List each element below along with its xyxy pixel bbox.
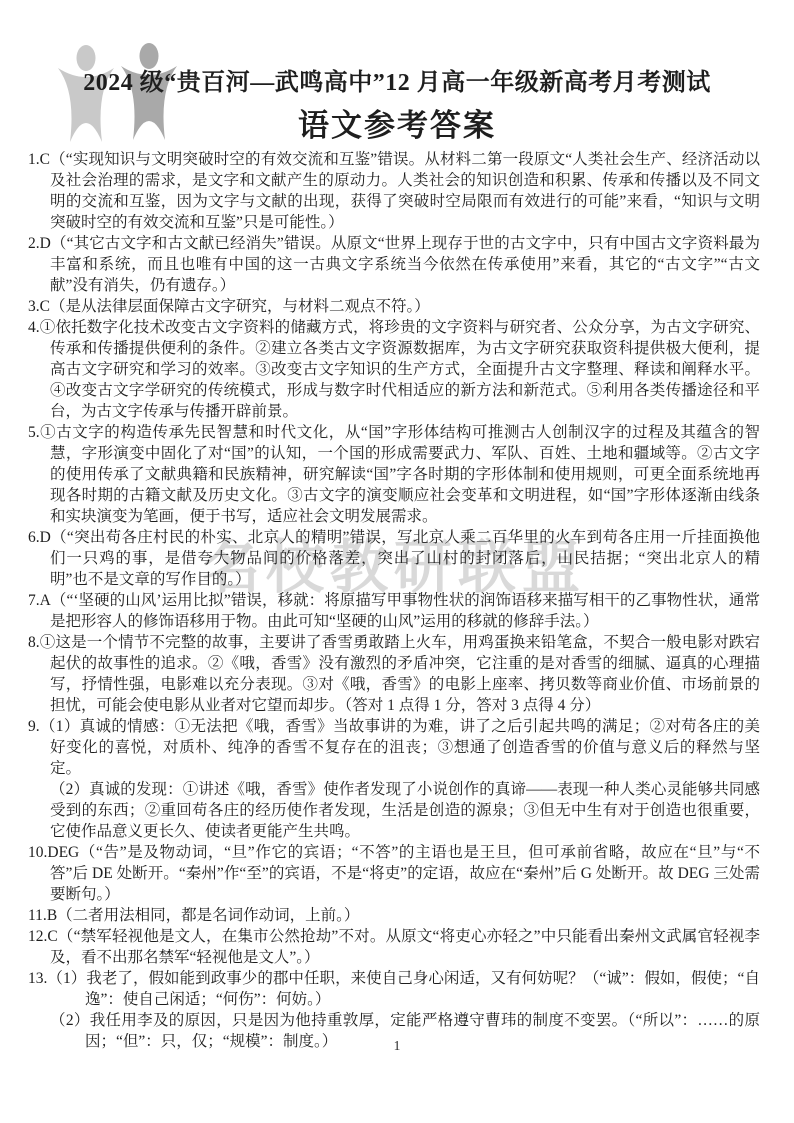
answer-number: 4. bbox=[28, 319, 40, 336]
answer-paragraph: 9.（1）真诚的情感：①无法把《哦，香雪》当故事讲的为难，讲了之后引起共鸣的满足… bbox=[28, 716, 760, 779]
answer-number: 6. bbox=[28, 529, 40, 546]
answer-number: 12. bbox=[28, 928, 47, 945]
answer-item: 5.①古文字的构造传承先民智慧和时代文化，从“国”字形体结构可推测古人创制汉字的… bbox=[28, 422, 760, 527]
answer-item: 8.①这是一个情节不完整的故事，主要讲了香雪勇敢踏上火车，用鸡蛋换来铅笔盒，不契… bbox=[28, 632, 760, 716]
page-number: 1 bbox=[394, 1038, 401, 1053]
answer-paragraph: 7.A（“‘坚硬的山风’运用比拟”错误，移就：将原描写甲事物性状的润饰语移来描写… bbox=[28, 590, 760, 632]
page-title: 2024 级“贵百河—武鸣高中”12 月高一年级新高考月考测试 bbox=[0, 62, 794, 97]
page-subtitle: 语文参考答案 bbox=[0, 100, 794, 145]
answer-number: 10. bbox=[28, 844, 47, 861]
answer-item: 2.D（“其它古文字和古文献已经消失”错误。从原文“世界上现存于世的古文字中，只… bbox=[28, 233, 760, 296]
answer-number: 5. bbox=[28, 424, 40, 441]
answer-item: 10.DEG（“告”是及物动词，“旦”作它的宾语；“不答”的主语也是王旦，但可承… bbox=[28, 842, 760, 905]
answer-number: 3. bbox=[28, 298, 40, 315]
answer-paragraph: 6.D（“突出苟各庄村民的朴实、北京人的精明”错误，写北京人乘二百华里的火车到苟… bbox=[28, 527, 760, 590]
answer-paragraph: 4.①依托数字化技术改变古文字资料的储藏方式，将珍贵的文字资料与研究者、公众分享… bbox=[28, 317, 760, 422]
answer-number: 13. bbox=[28, 970, 47, 987]
answer-number: 9. bbox=[28, 718, 40, 735]
answer-paragraph: 12.C（“禁军轻视他是文人，在集市公然抢劫”不对。从原文“将吏心亦轻之”中只能… bbox=[28, 926, 760, 968]
answer-paragraph: 3.C（是从法律层面保障古文字研究，与材料二观点不符。） bbox=[28, 296, 760, 317]
answer-number: 11. bbox=[28, 907, 47, 924]
answer-number: 7. bbox=[28, 592, 40, 609]
answer-item: 7.A（“‘坚硬的山风’运用比拟”错误，移就：将原描写甲事物性状的润饰语移来描写… bbox=[28, 590, 760, 632]
answer-paragraph: 10.DEG（“告”是及物动词，“旦”作它的宾语；“不答”的主语也是王旦，但可承… bbox=[28, 842, 760, 905]
answer-paragraph: 8.①这是一个情节不完整的故事，主要讲了香雪勇敢踏上火车，用鸡蛋换来铅笔盒，不契… bbox=[28, 632, 760, 716]
answer-paragraph: 1.C（“实现知识与文明突破时空的有效交流和互鉴”错误。从材料二第一段原文“人类… bbox=[28, 149, 760, 233]
answer-paragraph: 2.D（“其它古文字和古文献已经消失”错误。从原文“世界上现存于世的古文字中，只… bbox=[28, 233, 760, 296]
answer-item: 9.（1）真诚的情感：①无法把《哦，香雪》当故事讲的为难，讲了之后引起共鸣的满足… bbox=[28, 716, 760, 842]
answer-item: 6.D（“突出苟各庄村民的朴实、北京人的精明”错误，写北京人乘二百华里的火车到苟… bbox=[28, 527, 760, 590]
answer-item: 1.C（“实现知识与文明突破时空的有效交流和互鉴”错误。从材料二第一段原文“人类… bbox=[28, 149, 760, 233]
answer-item: 4.①依托数字化技术改变古文字资料的储藏方式，将珍贵的文字资料与研究者、公众分享… bbox=[28, 317, 760, 422]
answer-key-page: 名校教研联盟 2024 级“贵百河—武鸣高中”12 月高一年级新高考月考测试 语… bbox=[0, 0, 794, 1123]
answer-number: 2. bbox=[28, 235, 40, 252]
answer-number: 1. bbox=[28, 151, 40, 168]
answer-paragraph: 11.B（二者用法相同，都是名词作动词，上前。） bbox=[28, 905, 760, 926]
answer-item: 11.B（二者用法相同，都是名词作动词，上前。） bbox=[28, 905, 760, 926]
answer-item: 12.C（“禁军轻视他是文人，在集市公然抢劫”不对。从原文“将吏心亦轻之”中只能… bbox=[28, 926, 760, 968]
answer-list: 1.C（“实现知识与文明突破时空的有效交流和互鉴”错误。从材料二第一段原文“人类… bbox=[28, 149, 760, 1052]
answer-paragraph: 13.（1）我老了，假如能到政事少的郡中任职，来使自己身心闲适，又有何妨呢？（“… bbox=[28, 968, 760, 1010]
answer-paragraph: 5.①古文字的构造传承先民智慧和时代文化，从“国”字形体结构可推测古人创制汉字的… bbox=[28, 422, 760, 527]
answer-number: 8. bbox=[28, 634, 40, 651]
answer-item: 3.C（是从法律层面保障古文字研究，与材料二观点不符。） bbox=[28, 296, 760, 317]
answer-paragraph: （2）真诚的发现：①讲述《哦，香雪》使作者发现了小说创作的真谛——表现一种人类心… bbox=[28, 779, 760, 842]
